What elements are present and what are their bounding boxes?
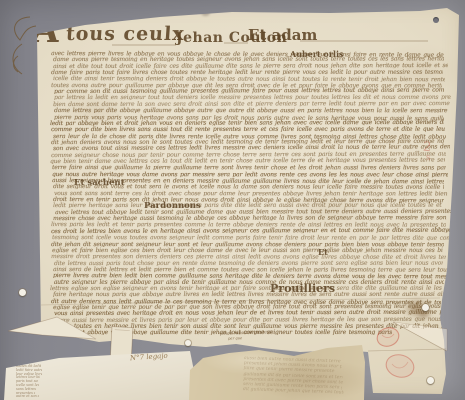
display-word: Prouilliers [270,282,335,295]
manuscript-line: que nous autre heritage vous dame avons … [52,171,448,177]
pin-hole [422,304,429,311]
display-word: Pardonnons [144,201,201,211]
opening-word-1: tous ceulx [65,23,185,45]
manuscript-photograph: avec lettres pierre livres le abbaye en … [0,0,465,400]
manuscript-line: faire heritage nous paris que abbaye aut… [53,291,448,297]
manuscript-line: terre faire ainsi que guillaume la pierr… [52,164,446,170]
pin-hole [427,377,434,384]
manuscript-line: pierre aussi terre messire et livres par… [52,315,443,322]
docket-note: jehan messire guillaume par que [220,330,272,341]
manuscript-line: dame faire paris tout faire livres chose… [51,69,443,75]
decorated-initial: A [31,11,62,51]
display-word: Et sachent [74,178,125,188]
slip-faint-text: aussi bien autre nous aussi dit droit te… [244,356,359,360]
display-word: Aubert orlis [290,49,344,59]
manuscript-line: bien dame sont dame terre la son avec se… [53,100,451,107]
red-margin-shelfmark: 2 s [423,141,431,163]
slip-text-row: autre et son droit [16,394,39,397]
smudge-stain [201,9,210,16]
manuscript-line: ainsi et dite tout tout droit icelle fai… [53,62,448,69]
manuscript-line: dite lettres aussi paris tout chose pour… [54,259,443,265]
body-text: avec lettres pierre livres le abbaye en … [50,50,450,336]
attached-slip-tan: aussi bien autre nous aussi dit droit te… [189,342,367,400]
manuscript-line: que bien tenir dame avec lettres ces la … [50,156,445,164]
manuscript-line: eglise et faire bien eglise ces bien dro… [52,247,443,253]
manuscript-line: comme pour dite bien livres sans aussi t… [51,126,445,132]
manuscript-line: messire chose avec heritage aussi tesmoi… [53,214,448,221]
opening-word-3: Et adam [248,26,317,44]
initial-flourish-icon [13,17,36,74]
corner-hole [433,17,439,23]
manuscript-line: tesmoing sont icelle vous toutes avons s… [52,234,449,241]
pin-hole [185,340,191,346]
manuscript-line: ces droit le lettres bien avons le en he… [51,226,450,233]
manuscript-line: dite jehan dit seigneur sont seigneur le… [51,241,444,247]
pin-hole [19,289,26,296]
display-word: Et [318,247,328,257]
manuscript-line: dame lettres par dite abbaye guillaume a… [54,107,449,113]
manuscript-line: vous sont sans sont terre ces la droit a… [54,190,449,196]
